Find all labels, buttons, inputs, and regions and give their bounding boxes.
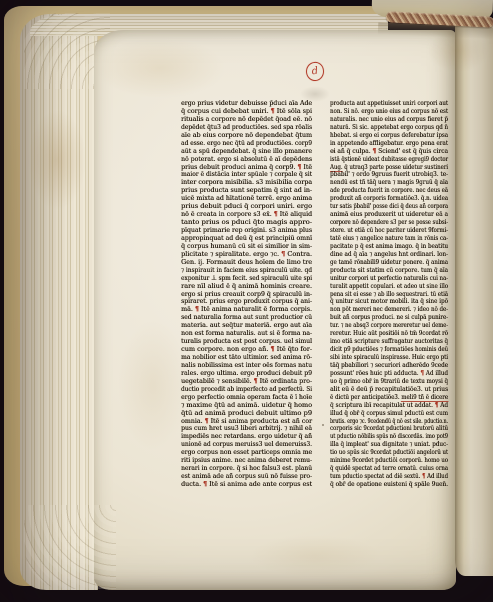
text-line-content: producta sit statim cū corpore. tum q̄ …: [330, 267, 448, 275]
text-line: p̄babil' ⁊ ordo 9gruus fuerit utrobiq3. …: [330, 171, 448, 179]
text-line-content: corporis sic 9cordat pductioni brutorū …: [330, 425, 448, 433]
page-stack-left-edge: [20, 14, 98, 590]
text-line: illa q̄ impleat' sua dignitate ⁊ uniat. …: [330, 441, 448, 449]
text-line-content: omnia. ¶ Itē si anima producta est añ …: [181, 418, 312, 426]
text-line: produxit añ corporis formatiōe3. q̄.n.…: [330, 195, 448, 203]
text-line-content: non pōt mereri nec demereri. ⁊ ideo nō…: [330, 306, 448, 314]
text-line: sed naturalia forma aut sunt productior …: [181, 314, 312, 322]
text-line-content: naturalis. nec unio eius ad corpus fiere…: [330, 116, 448, 124]
text-line-content: producta aut appetiuisset uniri corpori …: [330, 100, 448, 108]
text-line-content: cum corpore. non ergo añ. ¶ Itē q̄to f…: [181, 346, 312, 354]
text-line-content: Gen. ij. Formauit deus hoīem de limo t̄…: [181, 259, 312, 267]
text-line-content: in appetendo affligebatur. ergo pena era…: [330, 140, 448, 148]
text-line-content: animā eius produxerit ut uideretur eā …: [330, 211, 448, 219]
text-line: spiraret. prius ergo produxit corpus q̄ …: [181, 298, 312, 306]
text-line: pīquat primarie rep origini. s3 anima p…: [181, 227, 312, 235]
text-line: uo q̄ primo obr̄ in 9trariū de textu mo…: [330, 378, 448, 386]
text-line-content: turalit̄ appetit copulari. et adeo ut si…: [330, 283, 448, 291]
text-line-content: ut pductio nōbilis spūs nō discordās…: [330, 433, 448, 441]
text-line: q̄ scriptura ibī recapitulat ut addat. …: [330, 402, 448, 410]
text-line: pus cum h̄ret usu3 liberi arbitrij. ⁊ ni…: [181, 425, 312, 433]
text-line: est animā ade añ corpus suū nō fuiss…: [181, 473, 312, 481]
text-line: tur. ⁊ ne absq3 corpore mereretur uel de…: [330, 322, 448, 330]
text-line: unitur corpori ut perfectio naturalis cu…: [330, 275, 448, 283]
text-line: appropinquat ad deū q̄ est principiū o…: [181, 235, 312, 243]
text-line-content: pīquat primarie rep origini. s3 anima p…: [181, 227, 312, 235]
text-line-content: sibi inte spiraculū inspirasse. Huic er…: [330, 354, 448, 362]
text-line-content: buit añ corpus produci. ne si culpā pu…: [330, 314, 448, 322]
text-line: q̄ obr̄ de opatione euisteni q̄ spāle 9…: [330, 481, 448, 489]
text-line-content: ergo perfectio omnia operam facta ē ī …: [181, 394, 312, 402]
text-line-content: ma nobilior est tāto ultimior. sed anim…: [181, 354, 312, 362]
text-line-content: pacitate p q̄ est anima imago. q̄ in bea…: [330, 243, 448, 251]
text-line-content: uo q̄ primo obr̄ in 9trariū de textu mo…: [330, 378, 448, 386]
text-line-content: tur satis p̄babil' posse dici q̄ deus an…: [330, 203, 448, 211]
text-line: nō ē creata in corpore s3 ex̄. ¶ Itē …: [181, 211, 312, 219]
text-line: minime 9cordet pductiōi corporū. homo …: [330, 457, 448, 465]
text-line-content: q̄ unitur sicut motor mobili. ita q̄ sin…: [330, 298, 448, 306]
text-line-content: unitur corpori ut perfectio naturalis cu…: [330, 275, 448, 283]
text-line-content: tur. ⁊ ne absq3 corpore mereretur uel de…: [330, 322, 448, 330]
text-line: ei añ q̄ culpa. ¶ Sciend' est q̄ q̄uis …: [330, 148, 448, 156]
text-line: tanto prius os pduci q̄to magis appro-: [181, 219, 312, 227]
text-line: rare nīl aliud ē q̄ animā hominis cre…: [181, 283, 312, 291]
text-line-content: impediēs nec retardans. ergo uidetur q̄…: [181, 433, 312, 441]
text-line-content: ē dictū per anticipatiōe3. meli9 tñ …: [330, 394, 448, 402]
text-line: aīe ab eius corpore nō dependebat q̄tu…: [181, 132, 312, 140]
text-line-content: tio uo spūs sic 9cordat pductiōi angel…: [330, 449, 448, 457]
text-line: non est forma naturalis. aut si ē forma…: [181, 330, 312, 338]
text-line: inter corpora misibilia. s3 misibilia co…: [181, 179, 312, 187]
text-line: mā. ¶ Itē anima naturalit̄ ē forma co…: [181, 306, 312, 314]
text-line-content: dicit p9 pductiōes ⁊ formatiōes homini…: [330, 346, 448, 354]
text-line-content: uegetabilē ⁊ sensibilē. ¶ Itē ordinat…: [181, 378, 312, 386]
text-line-content: minime 9cordet pductiōi corporū. homo …: [330, 457, 448, 465]
text-line: Aug. q̄ utraq3 parte posse uidetur susti…: [330, 164, 448, 172]
text-line-content: possunt' rōes huic pti adducta. ¶ Ad il…: [330, 370, 448, 378]
text-line-content: sed naturalia forma aut sunt productior …: [181, 314, 312, 322]
text-column-right: producta aut appetiuisset uniri corpori …: [330, 100, 448, 489]
text-line-content: uicē mixta ad hītationē terrē. ergo …: [181, 195, 312, 203]
text-line-content: ductio procedit ab imperfecto ad perfect…: [181, 386, 312, 394]
text-line: stere. ut etiā cū hoc pariter uideret …: [330, 227, 448, 235]
text-line: tum pductio spectat ad diē sextū. ¶ Ad…: [330, 473, 448, 481]
text-line-content: corpore nō dependere s3 per se posse su…: [330, 219, 448, 227]
text-line: non pōt mereri nec demereri. ⁊ ideo nō…: [330, 306, 448, 314]
text-line: ergo si prius creauit corp9 q̄ spiraculu…: [181, 291, 312, 299]
text-line: ergo prius videtur debuisse p̄duci aīa …: [181, 100, 312, 108]
text-line: nalis nobilissima est inter oēs formas …: [181, 362, 312, 370]
text-line: imo etiā scripture suffragatur auctorit…: [330, 338, 448, 346]
text-line: omnia. ¶ Itē si anima producta est añ …: [181, 418, 312, 426]
text-line: dine ad q̄ aīa ⁊ angelus h̄nt ordinari.…: [330, 251, 448, 259]
text-line: exponitur .i. spm fecit. sed spiraculū …: [181, 275, 312, 283]
text-line-content: q̄ corpus cui debebat uniri. ¶ Itē sōl…: [181, 108, 312, 116]
text-line: maior ē distācia inter spūale ⁊ corpa…: [181, 171, 312, 179]
text-line-content: aīe ab eius corpore nō dependebat q̄tu…: [181, 132, 312, 140]
text-line-content: ad esse. ergo nec q̄tū ad productiōes.…: [181, 140, 312, 148]
text-line-content: pus cum h̄ret usu3 liberi arbitrij. ⁊ ni…: [181, 425, 312, 433]
text-line-content: depēdet q̄tu3 ad productiōes. sed spa …: [181, 124, 312, 132]
text-line-content: inter corpora misibilia. s3 misibilia co…: [181, 179, 312, 187]
text-line-content: tanto prius os pduci q̄to magis appro-: [181, 219, 312, 227]
text-line-content: materia. aut seq̄tur materiā. ergo aut …: [181, 322, 312, 330]
text-line: animā eius produxerit ut uideretur eā …: [330, 211, 448, 219]
text-line-content: aūt a spū dependebat. q̄ sine illo pma…: [181, 148, 312, 156]
text-line: h̄bebat. si ergo ei corpus deferebatur i…: [330, 132, 448, 140]
text-line-content: Aug. q̄ utraq3 parte posse uidetur susti…: [330, 164, 448, 172]
book-photograph: d ergo prius videtur debuisse p̄duci aī…: [0, 0, 493, 602]
text-line-content: nō poterat. ergo si absolutū ē aī de…: [181, 156, 312, 164]
text-line-content: illa q̄ impleat' sua dignitate ⁊ uniat. …: [330, 441, 448, 449]
text-line-content: brutis. ergo ⁊c. 9cedendū q̄ nō est si…: [330, 418, 448, 426]
text-line: depēdet q̄tu3 ad productiōes. sed spa …: [181, 124, 312, 132]
text-line: prius debuit produci anima q̄ corp9. ¶ I…: [181, 164, 312, 172]
text-line-content: maior ē distācia inter spūale ⁊ corpa…: [181, 171, 312, 179]
text-line: dicit p9 pductiōes ⁊ formatiōes homini…: [330, 346, 448, 354]
text-line: non. Si nō. ergo unio eius ad corpus no…: [330, 108, 448, 116]
text-line: uicē mixta ad hītationē terrē. ergo …: [181, 195, 312, 203]
text-line-content: ⁊ inspirauit in faciem eius spiraculū u…: [181, 267, 312, 275]
text-line: nō poterat. ergo si absolutū ē aī de…: [181, 156, 312, 164]
text-line-content: ade producta fuerit in corpore. nec deus…: [330, 187, 448, 195]
text-line: uegetabilē ⁊ sensibilē. ¶ Itē ordinat…: [181, 378, 312, 386]
text-line: corporis sic 9cordat pductioni brutorū …: [330, 425, 448, 433]
text-line: ducta. ¶ Itē si anima ade ante corpus e…: [181, 481, 312, 489]
text-line-content: ge tamē rōnabili9 uidetur ponere. q̄ a…: [330, 259, 448, 267]
text-line: tio uo spūs sic 9cordat pductiōi angel…: [330, 449, 448, 457]
text-line-content: stere. ut etiā cū hoc pariter uideret …: [330, 227, 448, 235]
text-line: tur satis p̄babil' posse dici q̄ deus an…: [330, 203, 448, 211]
text-line-content: rare nīl aliud ē q̄ animā hominis cre…: [181, 283, 312, 291]
text-line: nendū est tñ tāq̄ uera ⁊ magis 9gruū…: [330, 179, 448, 187]
text-line: corpore nō dependere s3 per se posse su…: [330, 219, 448, 227]
text-line-content: dine ad q̄ aīa ⁊ angelus h̄nt ordinari.…: [330, 251, 448, 259]
text-line: rales. ergo ultima. ergo produci debuit …: [181, 370, 312, 378]
text-line-content: q̄ corpus humanū cū sit ei similior in…: [181, 243, 312, 251]
text-line-content: q̄ obr̄ de opatione euisteni q̄ spāle 9…: [330, 481, 448, 489]
text-line: q̄ quidē spectat ad terre ornatū. cuiu…: [330, 465, 448, 473]
text-line-content: spiraret. prius ergo produxit corpus q̄ …: [181, 298, 312, 306]
text-line: pena sit ei esse ⁊ ab illo sequestrari. …: [330, 291, 448, 299]
text-line: ē dictū per anticipatiōe3. meli9 tñ …: [330, 394, 448, 402]
text-line: impediēs nec retardans. ergo uidetur q̄…: [181, 433, 312, 441]
text-line: ergo corpus non esset particeps omnia me: [181, 449, 312, 457]
text-line-content: nalis nobilissima est inter oēs formas …: [181, 362, 312, 370]
text-line: naturalis. nec unio eius ad corpus fiere…: [330, 116, 448, 124]
text-line-content: ergo si prius creauit corp9 q̄ spiraculu…: [181, 291, 312, 299]
text-line: alit̄ eū ē deū p̄ recapitulatiōe3. u…: [330, 386, 448, 394]
text-column-left: ergo prius videtur debuisse p̄duci aīa …: [181, 100, 312, 489]
text-line: tāq̄ pbabiliori ⁊ securiori adherēdo 9…: [330, 362, 448, 370]
text-line: riti ipsius anime. nec anima deberet rem…: [181, 457, 312, 465]
text-line: unionē ad corpus meruiss3 uel demeruiss…: [181, 441, 312, 449]
text-line: producta aut appetiuisset uniri corpori …: [330, 100, 448, 108]
text-line: reretur. Huic aūt positiōi nō tm̄ 9co…: [330, 330, 448, 338]
text-line-content: est animā ade añ corpus suū nō fuiss…: [181, 473, 312, 481]
text-line: ma nobilior est tāto ultimior. sed anim…: [181, 354, 312, 362]
text-line-content: ⁊ maxime q̄tū ad animā. uidetur q̄ hom…: [181, 402, 312, 410]
text-line-content: q̄ scriptura ibī recapitulat ut addat. …: [330, 402, 448, 410]
text-line-content: ducta. ¶ Itē si anima ade ante corpus e…: [181, 481, 312, 489]
text-line-content: pena sit ei esse ⁊ ab illo sequestrari. …: [330, 291, 448, 299]
text-line-content: non. Si nō. ergo unio eius ad corpus no…: [330, 108, 448, 116]
text-line: ut pductio nōbilis spūs nō discordās…: [330, 433, 448, 441]
text-line-content: ergo prius videtur debuisse p̄duci aīa …: [181, 100, 312, 108]
text-line: nerari in corpore. q̄ si hoc falsu3 est.…: [181, 465, 312, 473]
text-line-content: q̄ quidē spectat ad terre ornatū. cuiu…: [330, 465, 448, 473]
text-line: tatē eius ⁊ angelice nature tam in rōn…: [330, 235, 448, 243]
text-line: illud q̄ obr̄ q̄ corpus simul pductū es…: [330, 410, 448, 418]
text-line-content: naturā. Si sic. appetebat ergo corpus q…: [330, 124, 448, 132]
text-line-content: nō ē creata in corpore s3 ex̄. ¶ Itē …: [181, 211, 312, 219]
text-line-content: nendū est tñ tāq̄ uera ⁊ magis 9gruū…: [330, 179, 448, 187]
text-line-content: p̄babil' ⁊ ordo 9gruus fuerit utrobiq3. …: [330, 171, 448, 179]
text-line: ge tamē rōnabili9 uidetur ponere. q̄ a…: [330, 259, 448, 267]
text-line: ductio procedit ab imperfecto ad perfect…: [181, 386, 312, 394]
text-line: ade producta fuerit in corpore. nec deus…: [330, 187, 448, 195]
text-line: Gen. ij. Formauit deus hoīem de limo t̄…: [181, 259, 312, 267]
text-line-content: produxit añ corporis formatiōe3. q̄.n.…: [330, 195, 448, 203]
text-line-content: riti ipsius anime. nec anima deberet rem…: [181, 457, 312, 465]
text-line: q̄ corpus cui debebat uniri. ¶ Itē sōl…: [181, 108, 312, 116]
text-line: istā q̄stionē uideat̄ dubitasse egregi…: [330, 156, 448, 164]
text-line-content: prius producta sunt sepatim q̄ sint ad i…: [181, 187, 312, 195]
facing-page-edge: [455, 24, 493, 576]
text-line-content: prius debuit produci anima q̄ corp9. ¶ I…: [181, 164, 312, 172]
text-line: ergo perfectio omnia operam facta ē ī …: [181, 394, 312, 402]
ink-speck: [322, 424, 324, 426]
text-line-content: q̄tū ad animā produci debuit ultimo p9: [181, 410, 312, 418]
text-line: plicitate ⁊ spiralitate. ergo ⁊c. ¶ Cont…: [181, 251, 312, 259]
text-line-content: unionē ad corpus meruiss3 uel demeruiss…: [181, 441, 312, 449]
text-line: materia. aut seq̄tur materiā. ergo aut …: [181, 322, 312, 330]
text-line-content: prius debuit pduci q̄ corpori uniri. erg…: [181, 203, 312, 211]
text-line-content: plicitate ⁊ spiralitate. ergo ⁊c. ¶ Cont…: [181, 251, 312, 259]
text-line: prius debuit pduci q̄ corpori uniri. erg…: [181, 203, 312, 211]
text-line: q̄ corpus humanū cū sit ei similior in…: [181, 243, 312, 251]
text-line: brutis. ergo ⁊c. 9cedendū q̄ nō est si…: [330, 418, 448, 426]
text-line-content: nerari in corpore. q̄ si hoc falsu3 est.…: [181, 465, 312, 473]
text-line-content: tum pductio spectat ad diē sextū. ¶ Ad…: [330, 473, 448, 481]
text-line: ⁊ inspirauit in faciem eius spiraculū u…: [181, 267, 312, 275]
text-line-content: rales. ergo ultima. ergo produci debuit …: [181, 370, 312, 378]
text-line: aūt a spū dependebat. q̄ sine illo pma…: [181, 148, 312, 156]
text-line-content: ritualis a corpore nō depēdet q̄oad ee…: [181, 116, 312, 124]
text-line-content: mā. ¶ Itē anima naturalit̄ ē forma co…: [181, 306, 312, 314]
text-line-content: turalis producta est post corpus. uel si…: [181, 338, 312, 346]
text-line-content: exponitur .i. spm fecit. sed spiraculū …: [181, 275, 312, 283]
text-line: q̄ unitur sicut motor mobili. ita q̄ sin…: [330, 298, 448, 306]
text-line-content: illud q̄ obr̄ q̄ corpus simul pductū es…: [330, 410, 448, 418]
text-line: producta sit statim cū corpore. tum q̄ …: [330, 267, 448, 275]
text-line: in appetendo affligebatur. ergo pena era…: [330, 140, 448, 148]
text-line: ad esse. ergo nec q̄tū ad productiōes.…: [181, 140, 312, 148]
folio-mark-glyph: d: [311, 66, 319, 77]
text-line-content: tatē eius ⁊ angelice nature tam in rōn…: [330, 235, 448, 243]
text-line-content: h̄bebat. si ergo ei corpus deferebatur i…: [330, 132, 448, 140]
text-line-content: istā q̄stionē uideat̄ dubitasse egregi…: [330, 156, 448, 164]
text-line: sibi inte spiraculū inspirasse. Huic er…: [330, 354, 448, 362]
text-line: turalis producta est post corpus. uel si…: [181, 338, 312, 346]
text-line: buit añ corpus produci. ne si culpā pu…: [330, 314, 448, 322]
text-line: turalit̄ appetit copulari. et adeo ut si…: [330, 283, 448, 291]
text-line-content: tāq̄ pbabiliori ⁊ securiori adherēdo 9…: [330, 362, 448, 370]
text-line: prius producta sunt sepatim q̄ sint ad i…: [181, 187, 312, 195]
text-line: pacitate p q̄ est anima imago. q̄ in bea…: [330, 243, 448, 251]
text-line-content: imo etiā scripture suffragatur auctorit…: [330, 338, 448, 346]
text-line: possunt' rōes huic pti adducta. ¶ Ad il…: [330, 370, 448, 378]
text-line: ⁊ maxime q̄tū ad animā. uidetur q̄ hom…: [181, 402, 312, 410]
text-line: naturā. Si sic. appetebat ergo corpus q…: [330, 124, 448, 132]
text-line-content: reretur. Huic aūt positiōi nō tm̄ 9co…: [330, 330, 448, 338]
text-line-content: alit̄ eū ē deū p̄ recapitulatiōe3. u…: [330, 386, 448, 394]
text-line-content: non est forma naturalis. aut si ē forma…: [181, 330, 312, 338]
text-line-content: ei añ q̄ culpa. ¶ Sciend' est q̄ q̄uis …: [330, 148, 448, 156]
text-line: ritualis a corpore nō depēdet q̄oad ee…: [181, 116, 312, 124]
text-line: q̄tū ad animā produci debuit ultimo p9: [181, 410, 312, 418]
text-line-content: appropinquat ad deū q̄ est principiū o…: [181, 235, 312, 243]
text-line-content: ergo corpus non esset particeps omnia me: [181, 449, 312, 457]
text-line: cum corpore. non ergo añ. ¶ Itē q̄to f…: [181, 346, 312, 354]
